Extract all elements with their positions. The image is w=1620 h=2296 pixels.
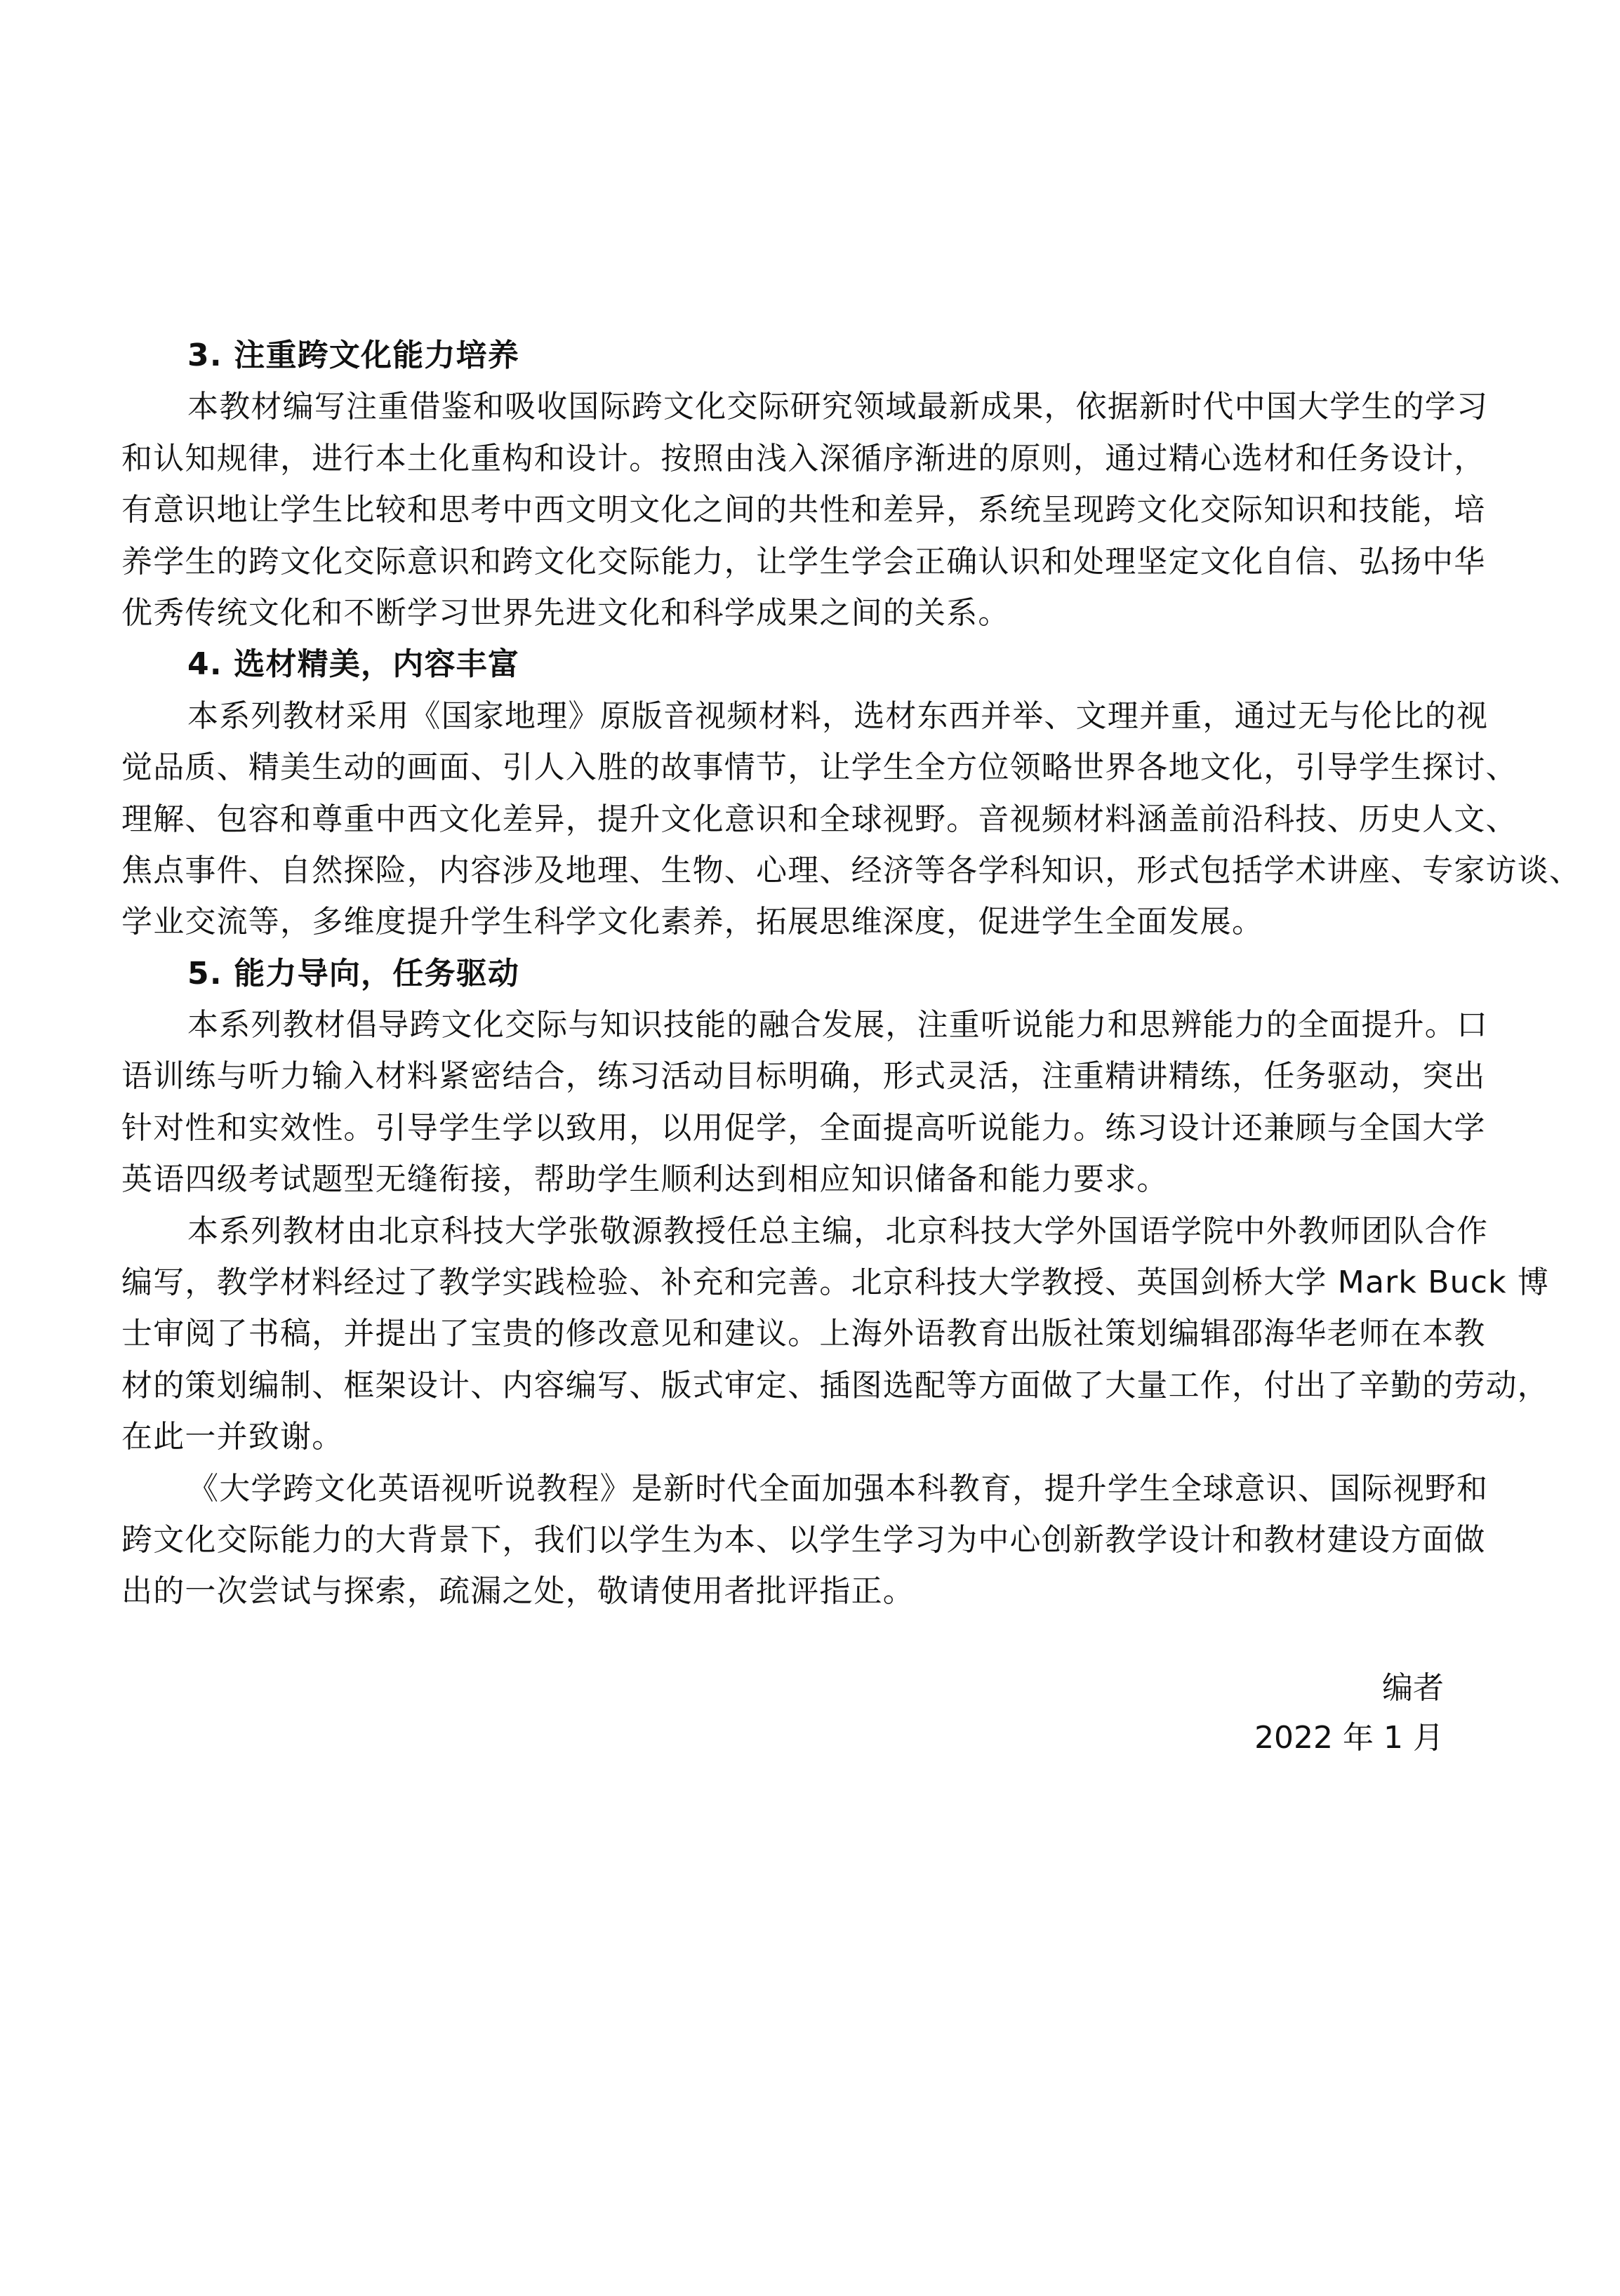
text-line: 学业交流等，多维度提升学生科学文化素养，拓展思维深度，促进学生全面发展。 xyxy=(121,896,1444,947)
text-line: 优秀传统文化和不断学习世界先进文化和科学成果之间的关系。 xyxy=(121,587,1444,639)
section-heading-5: 5. 能力导向，任务驱动 xyxy=(121,948,1444,999)
text-line: 语训练与听力输入材料紧密结合，练习活动目标明确，形式灵活，注重精讲精练，任务驱动… xyxy=(121,1050,1444,1102)
text-line: 本系列教材由北京科技大学张敬源教授任总主编，北京科技大学外国语学院中外教师团队合… xyxy=(121,1206,1444,1257)
text-line: 本教材编写注重借鉴和吸收国际跨文化交际研究领域最新成果，依据新时代中国大学生的学… xyxy=(121,381,1444,432)
preface-body: 3. 注重跨文化能力培养 本教材编写注重借鉴和吸收国际跨文化交际研究领域最新成果… xyxy=(121,330,1444,1617)
section-heading-4: 4. 选材精美，内容丰富 xyxy=(121,639,1444,690)
text-line: 英语四级考试题型无缝衔接，帮助学生顺利达到相应知识储备和能力要求。 xyxy=(121,1154,1444,1205)
signature-date: 2022 年 1 月 xyxy=(1254,1713,1444,1763)
text-line: 觉品质、精美生动的画面、引人入胜的故事情节，让学生全方位领略世界各地文化，引导学… xyxy=(121,742,1444,793)
text-line: 养学生的跨文化交际意识和跨文化交际能力，让学生学会正确认识和处理坚定文化自信、弘… xyxy=(121,536,1444,587)
text-line: 士审阅了书稿，并提出了宝贵的修改意见和建议。上海外语教育出版社策划编辑邵海华老师… xyxy=(121,1308,1444,1359)
text-line: 编写，教学材料经过了教学实践检验、补充和完善。北京科技大学教授、英国剑桥大学 M… xyxy=(121,1257,1444,1308)
text-line: 焦点事件、自然探险，内容涉及地理、生物、心理、经济等各学科知识，形式包括学术讲座… xyxy=(121,845,1444,896)
text-line: 《大学跨文化英语视听说教程》是新时代全面加强本科教育，提升学生全球意识、国际视野… xyxy=(121,1463,1444,1514)
text-line: 在此一并致谢。 xyxy=(121,1411,1444,1462)
text-line: 有意识地让学生比较和思考中西文明文化之间的共性和差异，系统呈现跨文化交际知识和技… xyxy=(121,484,1444,535)
text-line: 出的一次尝试与探索，疏漏之处，敬请使用者批评指正。 xyxy=(121,1566,1444,1617)
text-line: 理解、包容和尊重中西文化差异，提升文化意识和全球视野。音视频材料涵盖前沿科技、历… xyxy=(121,794,1444,845)
section-heading-3: 3. 注重跨文化能力培养 xyxy=(121,330,1444,381)
paragraph: 本系列教材采用《国家地理》原版音视频材料，选材东西并举、文理并重，通过无与伦比的… xyxy=(121,690,1444,948)
text-line: 针对性和实效性。引导学生学以致用，以用促学，全面提高听说能力。练习设计还兼顾与全… xyxy=(121,1102,1444,1154)
text-line: 本系列教材倡导跨文化交际与知识技能的融合发展，注重听说能力和思辨能力的全面提升。… xyxy=(121,999,1444,1050)
text-line: 跨文化交际能力的大背景下，我们以学生为本、以学生学习为中心创新教学设计和教材建设… xyxy=(121,1514,1444,1566)
text-line: 本系列教材采用《国家地理》原版音视频材料，选材东西并举、文理并重，通过无与伦比的… xyxy=(121,690,1444,742)
signature-author: 编者 xyxy=(1382,1663,1444,1714)
paragraph: 本教材编写注重借鉴和吸收国际跨文化交际研究领域最新成果，依据新时代中国大学生的学… xyxy=(121,381,1444,639)
acknowledgement-paragraph: 本系列教材由北京科技大学张敬源教授任总主编，北京科技大学外国语学院中外教师团队合… xyxy=(121,1206,1444,1463)
paragraph: 本系列教材倡导跨文化交际与知识技能的融合发展，注重听说能力和思辨能力的全面提升。… xyxy=(121,999,1444,1206)
text-line: 材的策划编制、框架设计、内容编写、版式审定、插图选配等方面做了大量工作，付出了辛… xyxy=(121,1360,1444,1411)
closing-paragraph: 《大学跨文化英语视听说教程》是新时代全面加强本科教育，提升学生全球意识、国际视野… xyxy=(121,1463,1444,1617)
text-line: 和认知规律，进行本土化重构和设计。按照由浅入深循序渐进的原则，通过精心选材和任务… xyxy=(121,433,1444,484)
